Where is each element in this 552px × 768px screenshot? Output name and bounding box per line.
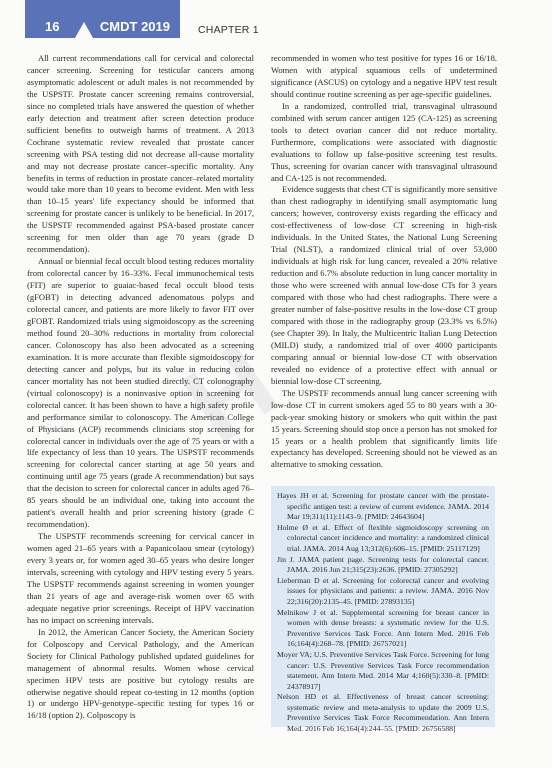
paragraph-screening-overview: All current recommendations call for cer… [27, 53, 254, 256]
book-title: CMDT 2019 [100, 19, 170, 34]
paragraph-ovarian-screening: In a randomized, controlled trial, trans… [271, 101, 497, 185]
header-notch-triangle [75, 22, 93, 38]
reference-item: Melnikow J et al. Supplemental screening… [277, 608, 489, 650]
paragraph-colorectal-screening: Annual or biennial fecal occult blood te… [27, 256, 254, 531]
reference-item: Nelson HD et al. Effectiveness of breast… [277, 692, 489, 734]
running-header-band: 16 CMDT 2019 [25, 0, 180, 38]
reference-item: Hayes JH et al. Screening for prostate c… [277, 491, 489, 523]
paragraph-uspstf-lung-screening: The USPSTF recommends annual lung cancer… [271, 388, 497, 472]
reference-item: Moyer VA; U.S. Preventive Services Task … [277, 650, 489, 692]
reference-item: Lieberman D et al. Screening for colorec… [277, 576, 489, 608]
paragraph-abnormal-results-guidelines: In 2012, the American Cancer Society, th… [27, 627, 254, 723]
paragraph-colposcopy-continued: recommended in women who test positive f… [271, 53, 497, 101]
right-column: recommended in women who test positive f… [271, 53, 497, 471]
reference-item: Holme Ø et al. Effect of flexible sigmoi… [277, 523, 489, 555]
chapter-label: CHAPTER 1 [198, 24, 259, 36]
reference-item: Jin J. JAMA patient page. Screening test… [277, 555, 489, 576]
left-column: All current recommendations call for cer… [27, 53, 254, 722]
paragraph-cervical-screening: The USPSTF recommends screening for cerv… [27, 531, 254, 627]
page-number: 16 [45, 19, 59, 34]
references-box: Hayes JH et al. Screening for prostate c… [271, 486, 495, 727]
paragraph-lung-ct-evidence: Evidence suggests that chest CT is signi… [271, 184, 497, 387]
